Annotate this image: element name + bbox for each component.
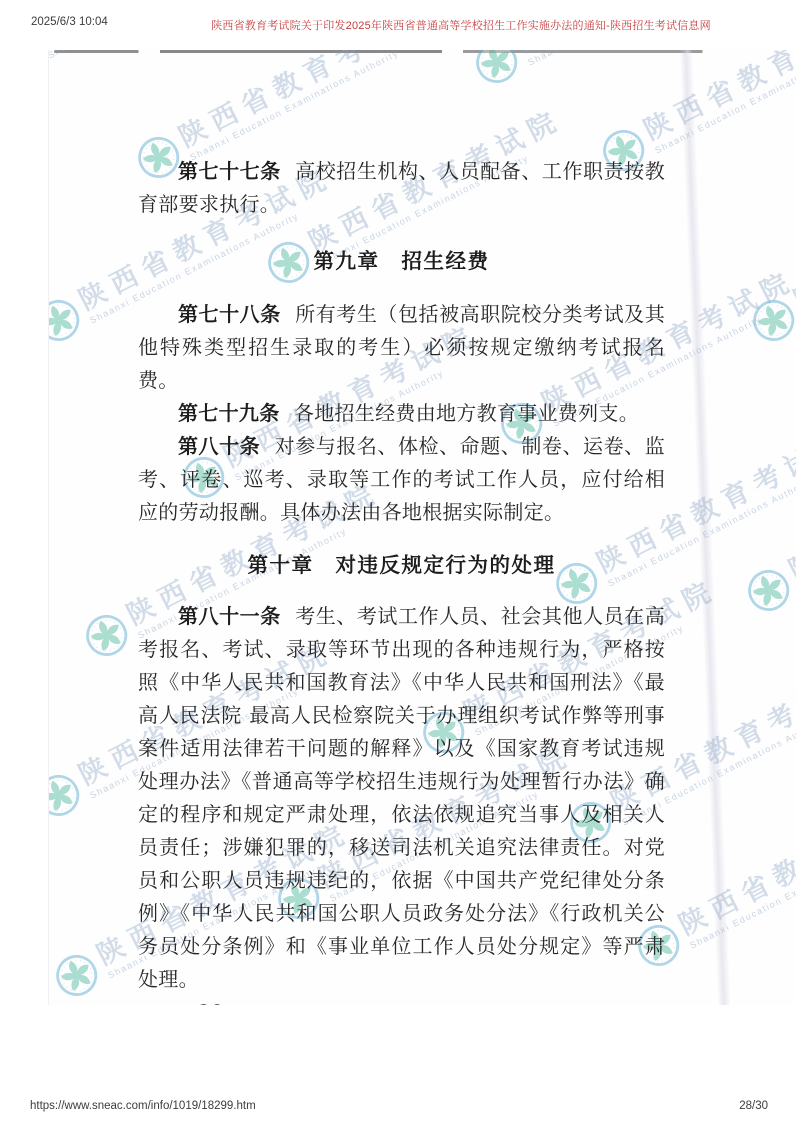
watermark-cn-text: 陕西省教育考试院 <box>640 50 796 144</box>
watermark-en-text: Shaanxi Education Examinations Authority <box>688 815 796 950</box>
scanned-document-page: 陕西省教育考试院 Shaanxi Education Examinations … <box>48 50 796 1005</box>
examinations-authority-seal-icon <box>48 947 104 1003</box>
document-body: 第七十七条高校招生机构、人员配备、工作职责按教育部要求执行。第九章 招生经费第七… <box>138 155 665 1005</box>
document-title: 陕西省教育考试院关于印发2025年陕西省普通高等学校招生工作实施办法的通知-陕西… <box>211 17 711 33</box>
examinations-authority-seal-icon <box>78 607 134 663</box>
chapter-heading: 第十章 对违反规定行为的处理 <box>138 549 665 582</box>
examinations-authority-seal-icon <box>468 50 524 91</box>
watermark-en-text: Shaanxi Education Examinations Authority <box>526 50 780 67</box>
scan-crease-shadow <box>679 50 733 1005</box>
examinations-authority-seal-icon <box>745 292 796 348</box>
document-page-number: —28— <box>138 996 665 1005</box>
print-datetime: 2025/6/3 10:04 <box>31 16 108 28</box>
article-number: 第七十九条 <box>178 401 280 425</box>
watermark-cn-text: 陕西省教育考试院 <box>175 50 437 151</box>
article-paragraph: 第七十八条所有考生（包括被高职院校分类考试及其他特殊类型招生录取的考生）必须按规… <box>138 298 665 397</box>
watermark-text: 陕西省教育考试院 Shaanxi Education Examinations … <box>175 50 442 162</box>
watermark-cn-text: 陕西省教育考试院 <box>790 163 796 314</box>
agency-watermark: 陕西省教育考试院 Shaanxi Education Examinations … <box>468 50 780 91</box>
scan-top-edge-artifact <box>54 50 759 53</box>
article-paragraph: 第七十九条各地招生经费由地方教育事业费列支。 <box>138 397 665 430</box>
agency-watermark: 陕西省教育考试院 Shaanxi Education Examinations … <box>745 162 796 349</box>
article-paragraph: 第七十七条高校招生机构、人员配备、工作职责按教育部要求执行。 <box>138 155 665 221</box>
watermark-en-text: Shaanxi Education Examinations Authority <box>653 50 796 155</box>
article-text: 考生、考试工作人员、社会其他人员在高考报名、考试、录取等环节出现的各种违规行为，… <box>138 604 665 991</box>
watermark-cn-text: 陕西省教育考试院 <box>785 433 796 584</box>
watermark-text: 陕西省教育考试院 Shaanxi Education Examinations … <box>640 50 796 155</box>
examinations-authority-seal-icon <box>48 767 87 823</box>
examinations-authority-seal-icon <box>740 562 796 618</box>
article-number: 第七十七条 <box>178 159 281 183</box>
agency-watermark: 陕西省教育考试院 Shaanxi Education Examinations … <box>740 432 796 619</box>
chapter-heading: 第九章 招生经费 <box>138 245 665 278</box>
watermark-cn-text: 陕西省教育考试院 <box>675 788 796 939</box>
watermark-text: 陕西省教育考试院 Shaanxi Education Examinations … <box>790 163 796 325</box>
watermark-text: 陕西省教育考试院 Shaanxi Education Examinations … <box>785 433 796 595</box>
footer-page-indicator: 28/30 <box>739 1100 768 1112</box>
watermark-text: 陕西省教育考试院 Shaanxi Education Examinations … <box>675 788 796 950</box>
article-text: 各地招生经费由地方教育事业费列支。 <box>294 401 639 425</box>
footer-url: https://www.sneac.com/info/1019/18299.ht… <box>30 1100 256 1112</box>
agency-watermark: 陕西省教育考试院 Shaanxi Education Examinations … <box>48 50 301 84</box>
watermark-en-text: Shaanxi Education Examinations Authority <box>188 50 442 162</box>
watermark-text: 陕西省教育考试院 Shaanxi Education Examinations … <box>513 50 780 67</box>
article-number: 第七十八条 <box>178 302 281 326</box>
article-number: 第八十条 <box>178 434 260 458</box>
article-paragraph: 第八十一条考生、考试工作人员、社会其他人员在高考报名、考试、录取等环节出现的各种… <box>138 600 665 996</box>
article-number: 第八十一条 <box>178 604 281 628</box>
article-paragraph: 第八十条对参与报名、体检、命题、制卷、运卷、监考、评卷、巡考、录取等工作的考试工… <box>138 430 665 529</box>
examinations-authority-seal-icon <box>48 292 87 348</box>
